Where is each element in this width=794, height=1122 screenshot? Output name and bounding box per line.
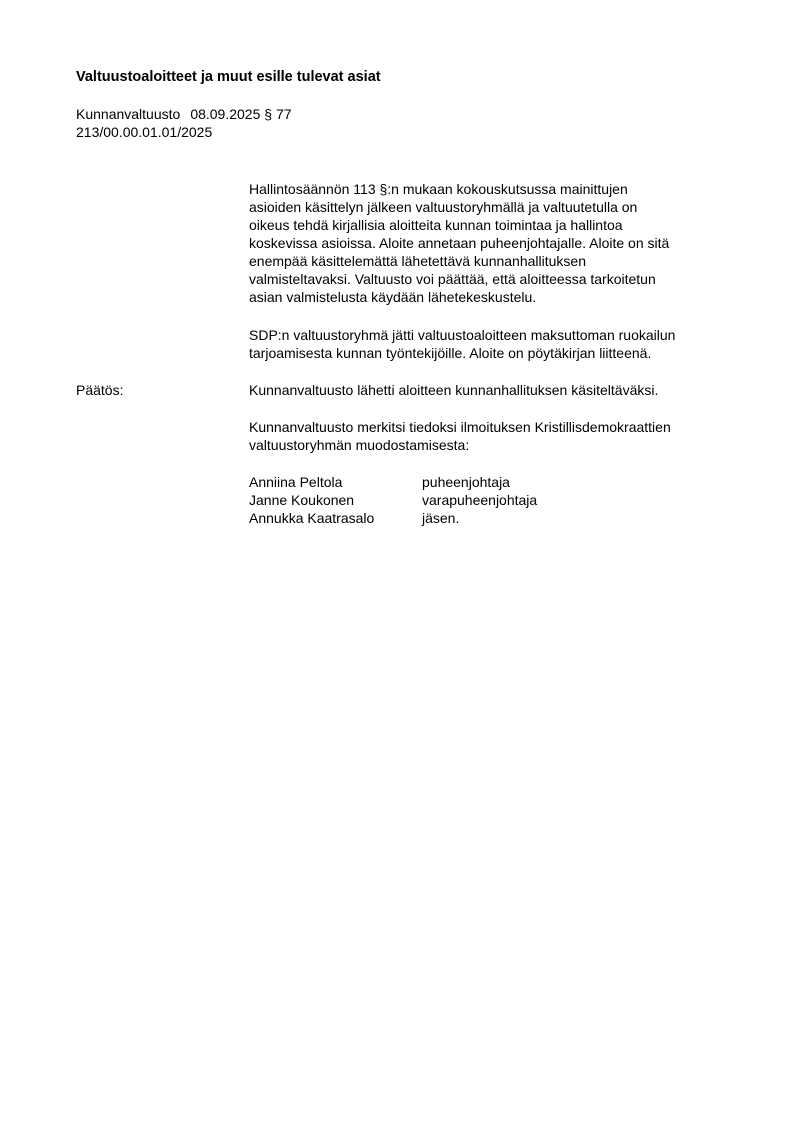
decision-label: Päätös: (76, 381, 123, 399)
meeting-body: Kunnanvaltuusto (76, 106, 180, 122)
decision-line: Kunnanvaltuusto lähetti aloitteen kunnan… (249, 381, 739, 399)
member-role: puheenjohtaja (422, 473, 510, 491)
intro-paragraph: Hallintosäännön 113 §:n mukaan kokouskut… (249, 180, 739, 306)
initiative-line: SDP:n valtuustoryhmä jätti valtuustoaloi… (249, 326, 739, 344)
initiative-paragraph: SDP:n valtuustoryhmä jätti valtuustoaloi… (249, 326, 739, 362)
member-name: Annukka Kaatrasalo (249, 509, 374, 527)
notice-line: Kunnanvaltuusto merkitsi tiedoksi ilmoit… (249, 418, 739, 436)
decision-text: Kunnanvaltuusto lähetti aloitteen kunnan… (249, 381, 739, 399)
intro-line: Hallintosäännön 113 §:n mukaan kokouskut… (249, 180, 739, 198)
meeting-line: Kunnanvaltuusto08.09.2025 § 77 (76, 105, 292, 123)
record-id: 213/00.00.01.01/2025 (76, 123, 292, 141)
intro-line: enempää käsittelemättä lähetettävä kunna… (249, 252, 739, 270)
meeting-date: 08.09.2025 (190, 106, 260, 122)
intro-line: asian valmistelusta käydään lähetekeskus… (249, 288, 739, 306)
document-title: Valtuustoaloitteet ja muut esille tuleva… (76, 68, 381, 86)
initiative-line: tarjoamisesta kunnan työntekijöille. Alo… (249, 344, 739, 362)
meeting-section: § 77 (264, 106, 291, 122)
member-name: Janne Koukonen (249, 491, 354, 509)
document-page: Valtuustoaloitteet ja muut esille tuleva… (0, 0, 794, 1122)
intro-line: valmisteltavaksi. Valtuusto voi päättää,… (249, 270, 739, 288)
notice-line: valtuustoryhmän muodostamisesta: (249, 436, 739, 454)
member-role: varapuheenjohtaja (422, 491, 537, 509)
meeting-meta: Kunnanvaltuusto08.09.2025 § 77 213/00.00… (76, 105, 292, 141)
intro-line: asioiden käsittelyn jälkeen valtuustoryh… (249, 198, 739, 216)
notice-paragraph: Kunnanvaltuusto merkitsi tiedoksi ilmoit… (249, 418, 739, 454)
intro-line: koskevissa asioissa. Aloite annetaan puh… (249, 234, 739, 252)
member-name: Anniina Peltola (249, 473, 342, 491)
intro-line: oikeus tehdä kirjallisia aloitteita kunn… (249, 216, 739, 234)
member-role: jäsen. (422, 509, 459, 527)
